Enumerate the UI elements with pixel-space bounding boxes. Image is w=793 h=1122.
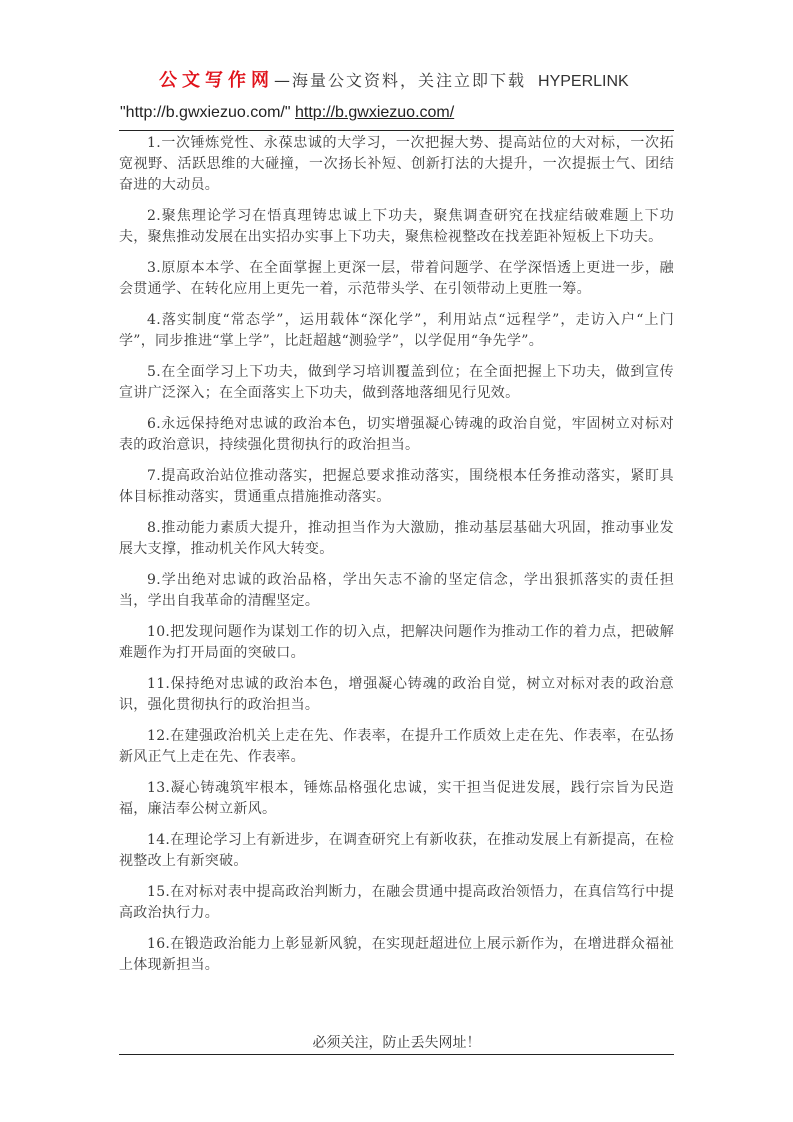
paragraph-12: 12.在建强政治机关上走在先、作表率，在提升工作质效上走在先、作表率，在弘扬新风… [119,726,674,768]
paragraph-16: 16.在锻造政治能力上彰显新风貌，在实现赶超进位上展示新作为，在增进群众福祉上体… [119,934,674,976]
paragraph-1: 1.一次锤炼党性、永葆忠诚的大学习，一次把握大势、提高站位的大对标，一次拓宽视野… [119,133,674,196]
paragraph-6: 6.永远保持绝对忠诚的政治本色，切实增强凝心铸魂的政治自觉，牢固树立对标对表的政… [119,414,674,456]
brand-name: 公文写作网 [159,70,274,91]
header-tagline: —海量公文资料，关注立即下载 [274,71,526,90]
url-field-code: "http://b.gwxiezuo.com/" [120,104,291,121]
paragraph-11: 11.保持绝对忠诚的政治本色，增强凝心铸魂的政治自觉，树立对标对表的政治意识，强… [119,674,674,716]
header-divider [119,130,674,131]
paragraph-9: 9.学出绝对忠诚的政治品格，学出矢志不渝的坚定信念，学出狠抓落实的责任担当，学出… [119,570,674,612]
paragraph-14: 14.在理论学习上有新进步，在调查研究上有新收获，在推动发展上有新提高，在检视整… [119,830,674,872]
paragraph-2: 2.聚焦理论学习在悟真理铸忠诚上下功夫，聚焦调查研究在找症结破难题上下功夫，聚焦… [119,206,674,248]
page-header: 公文写作网—海量公文资料，关注立即下载HYPERLINK [159,66,679,92]
document-body: 1.一次锤炼党性、永葆忠诚的大学习，一次把握大势、提高站位的大对标，一次拓宽视野… [119,133,674,986]
paragraph-5: 5.在全面学习上下功夫，做到学习培训覆盖到位；在全面把握上下功夫，做到宣传宣讲广… [119,362,674,404]
paragraph-15: 15.在对标对表中提高政治判断力，在融会贯通中提高政治领悟力，在真信笃行中提高政… [119,882,674,924]
paragraph-7: 7.提高政治站位推动落实，把握总要求推动落实，围绕根本任务推动落实，紧盯具体目标… [119,466,674,508]
paragraph-3: 3.原原本本学、在全面掌握上更深一层，带着问题学、在学深悟透上更进一步，融会贯通… [119,258,674,300]
paragraph-8: 8.推动能力素质大提升，推动担当作为大激励，推动基层基础大巩固，推动事业发展大支… [119,518,674,560]
paragraph-13: 13.凝心铸魂筑牢根本，锤炼品格强化忠诚，实干担当促进发展，践行宗旨为民造福，廉… [119,778,674,820]
site-url-link[interactable]: http://b.gwxiezuo.com/ [295,104,454,121]
paragraph-10: 10.把发现问题作为谋划工作的切入点，把解决问题作为推动工作的着力点，把破解难题… [119,622,674,664]
paragraph-4: 4.落实制度“常态学”，运用载体“深化学”，利用站点“远程学”，走访入户“上门学… [119,310,674,352]
footer-divider [119,1054,674,1055]
hyperlink-field-code: HYPERLINK [538,73,629,90]
header-url-line: "http://b.gwxiezuo.com/" http://b.gwxiez… [120,104,680,122]
footer-note: 必须关注，防止丢失网址！ [119,1032,674,1052]
